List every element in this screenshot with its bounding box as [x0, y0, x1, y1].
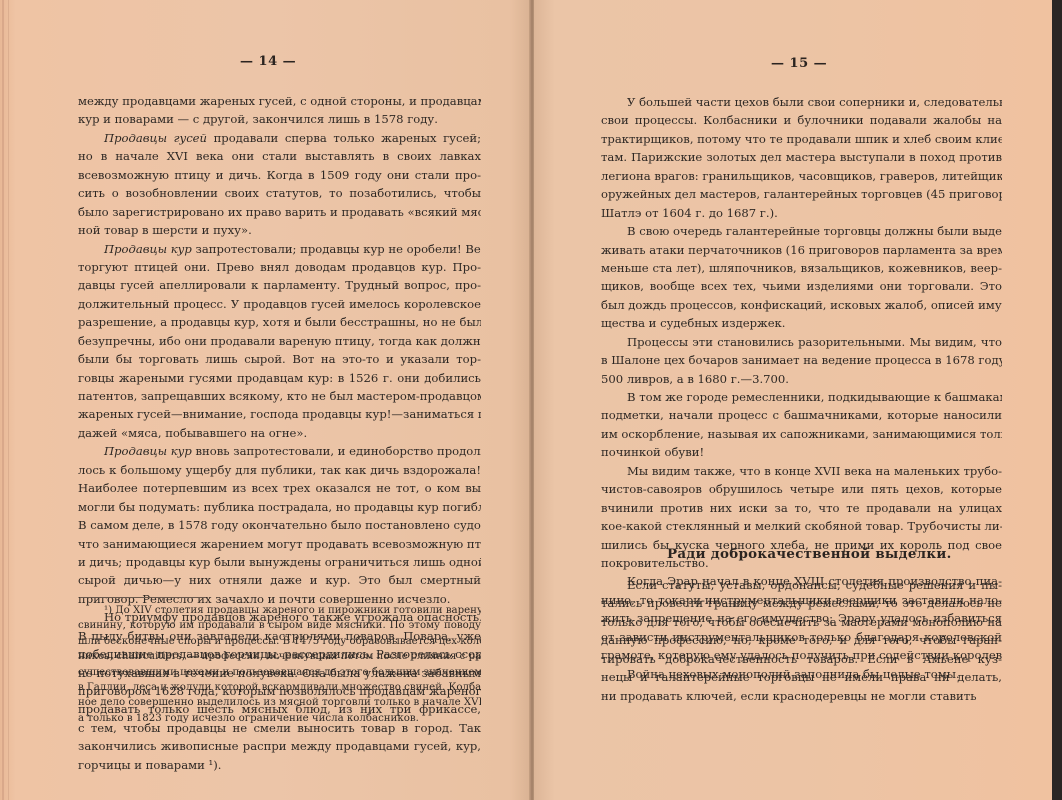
text-line: закончились живописные распри между прод…: [78, 737, 481, 755]
text-line: оружейных дел мастеров, галантерейных то…: [601, 185, 1002, 203]
right-page: — 15 — У большей части цехов были свои с…: [534, 0, 1052, 800]
text-line: В свою очередь галантерейные торговцы до…: [601, 222, 1002, 240]
book-spread: — 14 — между продавцами жареных гусей, с…: [0, 0, 1052, 800]
italic-phrase: Продавцы кур: [104, 444, 192, 458]
footnote-line: в Галлии, леса и жолуди которой вскармли…: [78, 680, 481, 695]
text-line: починкой обуви!: [601, 443, 1002, 461]
italic-phrase: Продавцы кур: [104, 242, 192, 256]
text-line: горчицы и поварами ¹).: [78, 756, 481, 774]
italic-phrase: Продавцы гусей: [104, 131, 207, 145]
footnote-line: а только в 1823 году исчезло ограничение…: [78, 711, 481, 726]
text-line: подметки, начали процесс с башмачниками,…: [601, 406, 1002, 424]
text-line: В том же городе ремесленники, подкидываю…: [601, 388, 1002, 406]
text-line: был дождь процессов, конфискаций, исковы…: [601, 296, 1002, 314]
text-line: только для того, чтобы обеспечить за мас…: [601, 613, 1002, 631]
text-line: было зарегистрировано их право варить и …: [78, 203, 481, 221]
text-line: но в начале XVI века они стали выставлят…: [78, 147, 481, 165]
text-line: всевозможную птицу и дичь. Когда в 1509 …: [78, 166, 481, 184]
text-line: патентов, запрещавших всякому, кто не бы…: [78, 387, 481, 405]
text-line: Мы видим также, что в конце XVII века на…: [601, 462, 1002, 480]
page-number: — 14 —: [240, 54, 296, 69]
footnote-rule: [80, 597, 206, 598]
text-line: живать атаки перчаточников (16 приговоро…: [601, 241, 1002, 259]
text-line: что занимающиеся жарением могут продават…: [78, 535, 481, 553]
text-line: между продавцами жареных гусей, с одной …: [78, 92, 481, 110]
footnote-line: ников, chaircuitiers, — профессия, исчез…: [78, 649, 481, 664]
text-line: безупречны, ибо они продавали вареную пт…: [78, 332, 481, 350]
text-line: Продавцы кур вновь запротестовали, и еди…: [78, 442, 481, 460]
page-edge: [8, 0, 9, 800]
page-edge: [2, 0, 4, 800]
text-line: Продавцы гусей продавали сперва только ж…: [78, 129, 481, 147]
text-line: Наиболее потерпевшим из всех трех оказал…: [78, 479, 481, 497]
text-line: нецы и галантерейные торговцы не имели п…: [601, 668, 1002, 686]
text-line: легиона врагов: гранильщиков, часовщиков…: [601, 167, 1002, 185]
text-line: тировать доброкачественность товаров. Ес…: [601, 650, 1002, 668]
text-line: меньше ста лет), шляпочников, вязальщико…: [601, 259, 1002, 277]
text-line: вчинили против них иски за то, что те пр…: [601, 499, 1002, 517]
footnote-line: свинину, которую им продавали в сыром ви…: [78, 618, 481, 633]
footnote-line: существовавшими цехами и пользовавшаяся …: [78, 665, 481, 680]
footnote-line: ное дело совершенно выделилось из мясной…: [78, 695, 481, 710]
text-line: им оскорбление, называя их сапожниками, …: [601, 425, 1002, 443]
text-line: чистов-савояров обрушилось четыре или пя…: [601, 480, 1002, 498]
footnote-line: ¹) До XIV столетия продавцы жареного и п…: [78, 603, 481, 618]
section-body-text: Если статуты, уставы, ордонансы, судебны…: [601, 576, 1002, 705]
text-line: жареных гусей—внимание, господа продавцы…: [78, 405, 481, 423]
text-line: У большей части цехов были свои соперник…: [601, 93, 1002, 111]
page-number: — 15 —: [771, 56, 827, 71]
text-line: торгуют птицей они. Прево внял доводам п…: [78, 258, 481, 276]
text-line: могли бы подумать: публика пострадала, н…: [78, 498, 481, 516]
text-line: тались провести границу между ремеслами,…: [601, 594, 1002, 612]
text-line: Продавцы кур запротестовали; продавцы ку…: [78, 240, 481, 258]
text-line: щиков, вообще всех тех, чьими изделиями …: [601, 277, 1002, 295]
text-line: и дичь; продавцы кур были вынуждены огра…: [78, 553, 481, 571]
text-line: В самом деле, в 1578 году окончательно б…: [78, 516, 481, 534]
text-line: свои процессы. Колбасники и булочники по…: [601, 111, 1002, 129]
text-line: говцы жареными гусями продавцам кур: в 1…: [78, 369, 481, 387]
text-line: 500 ливров, а в 1680 г.—3.700.: [601, 370, 1002, 388]
footnote-line: шли бесконечные споры и процессы. В 1475…: [78, 634, 481, 649]
text-line: трактирщиков, потому что те продавали шп…: [601, 130, 1002, 148]
footnote: ¹) До XIV столетия продавцы жареного и п…: [78, 603, 481, 726]
section-heading: Ради доброкачественной выделки.: [667, 546, 952, 562]
text-line: должительный процесс. У продавцов гусей …: [78, 295, 481, 313]
text-line: разрешение, а продавцы кур, хотя и были …: [78, 313, 481, 331]
text-line: кое-какой стеклянный и мелкий скобяной т…: [601, 517, 1002, 535]
left-page: — 14 — между продавцами жареных гусей, с…: [0, 0, 531, 800]
text-line: ни продавать ключей, если краснодеревцы …: [601, 687, 1002, 705]
text-line: сырой дичью—у них отняли даже и кур. Это…: [78, 571, 481, 589]
text-line: ной товар в шерсти и пуху».: [78, 221, 481, 239]
text-line: Шатлэ от 1604 г. до 1687 г.).: [601, 204, 1002, 222]
text-line: Процессы эти становились разорительными.…: [601, 333, 1002, 351]
text-line: Если статуты, уставы, ордонансы, судебны…: [601, 576, 1002, 594]
text-line: в Шалоне цех бочаров занимает на ведение…: [601, 351, 1002, 369]
text-line: дажей «мяса, побывавшего на огне».: [78, 424, 481, 442]
text-line: кур и поварами — с другой, закончился ли…: [78, 110, 481, 128]
text-line: лось к большому ущербу для публики, так …: [78, 461, 481, 479]
text-line: там. Парижские золотых дел мастера высту…: [601, 148, 1002, 166]
text-line: были бы торговать лишь сырой. Вот на это…: [78, 350, 481, 368]
text-line: данную профессию, но, кроме того, и для …: [601, 631, 1002, 649]
text-line: давцы гусей апеллировали к парламенту. Т…: [78, 276, 481, 294]
text-line: щества и судебных издержек.: [601, 314, 1002, 332]
text-line: сить о возобновлении своих статутов, то …: [78, 184, 481, 202]
